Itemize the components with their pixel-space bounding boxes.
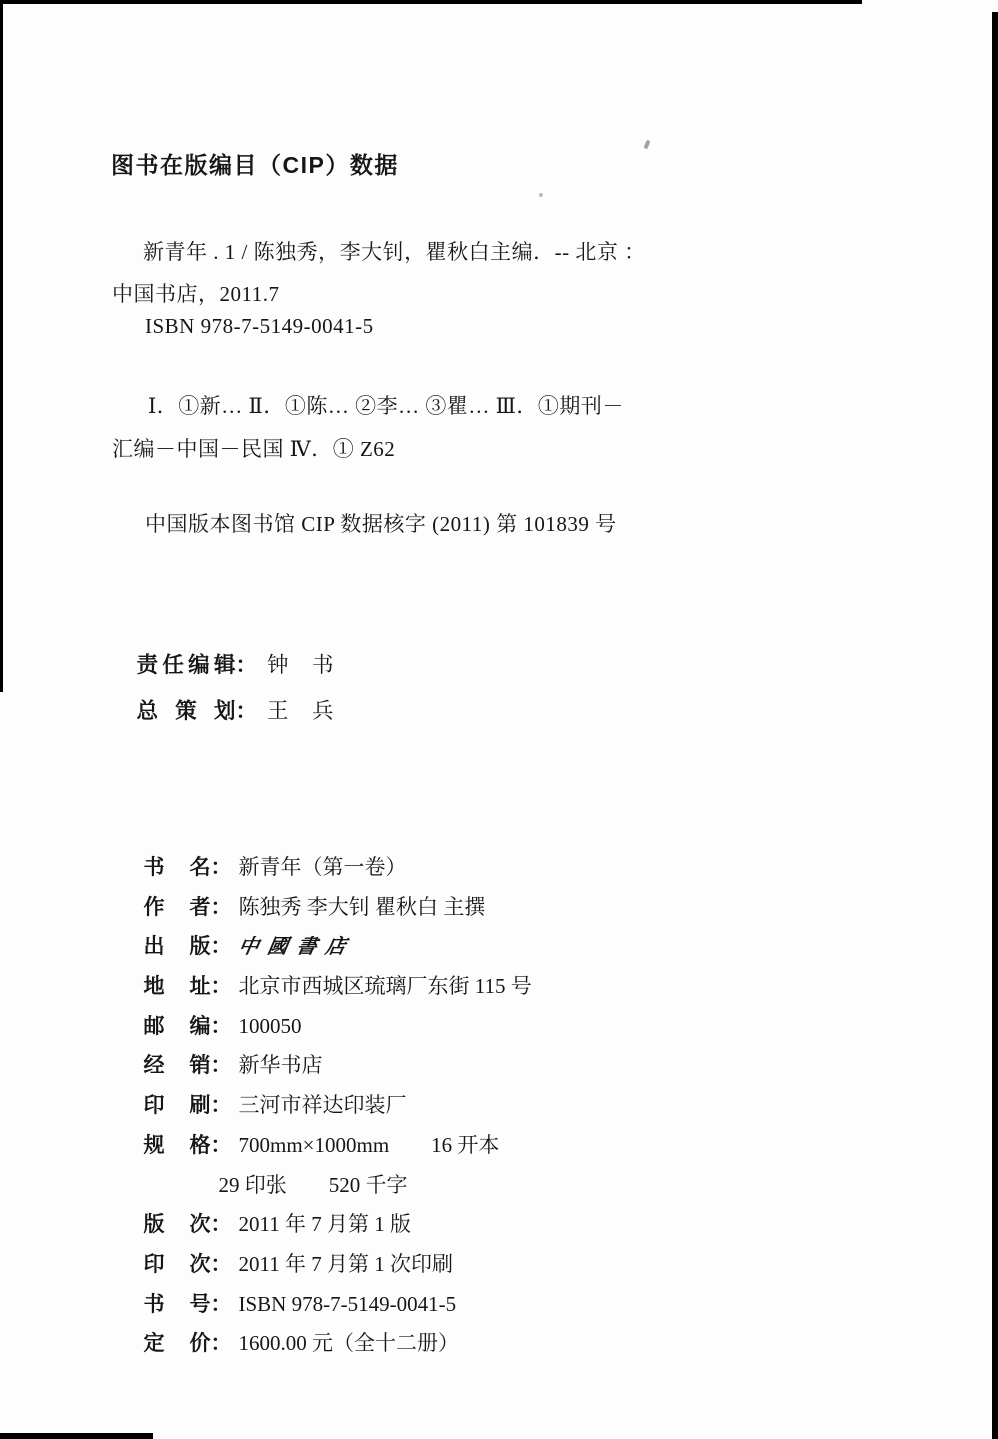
scan-edge-bottom (0, 1433, 153, 1439)
colon: ： (211, 1054, 232, 1077)
cip-record-line2: 中国书店，2011.7 (112, 278, 279, 308)
cip-record-line1: 新青年 . 1 / 陈独秀，李大钊，瞿秋白主编．-- 北京 ： (112, 236, 646, 266)
colophon-value: 新华书店 (239, 1053, 323, 1077)
colon: ： (211, 1213, 232, 1236)
colophon-value: 三河市祥达印装厂 (239, 1093, 407, 1117)
colophon-value: 陈独秀 李大钊 瞿秋白 主撰 (239, 895, 486, 919)
colophon-row-title: 书名：新青年（第一卷） (112, 826, 532, 866)
colophon-label: 邮编 (144, 1010, 211, 1040)
colon: ： (211, 1015, 232, 1038)
cip-heading: 图书在版编目（CIP）数据 (111, 147, 399, 180)
colophon-label: 版次 (144, 1208, 211, 1238)
colophon-label: 地址 (144, 970, 211, 1000)
cip-isbn-line: ISBN 978-7-5149-0041-5 (145, 314, 374, 339)
staff-value: 王 兵 (267, 699, 335, 723)
colophon-value: 700mm×1000mm 16 开本 (239, 1133, 500, 1157)
scan-speck (539, 193, 543, 197)
cip-copyright-page: 图书在版编目（CIP）数据 新青年 . 1 / 陈独秀，李大钊，瞿秋白主编．--… (0, 0, 998, 1439)
classification-line2: 汇编－中国－民国 Ⅳ．① Z62 (112, 433, 395, 463)
colophon-label: 印刷 (144, 1089, 211, 1119)
staff-label: 总策划 (137, 694, 236, 725)
colophon-label: 印次 (144, 1248, 211, 1278)
cip-registry-line: 中国版本图书馆 CIP 数据核字 (2011) 第 101839 号 (145, 508, 617, 538)
colophon-label: 出版 (144, 930, 211, 960)
classification-line1: Ⅰ．①新… Ⅱ．①陈… ②李… ③瞿… Ⅲ．①期刊－ (148, 390, 624, 420)
colon: ： (211, 975, 232, 998)
scan-edge-right (992, 12, 998, 1439)
colon: ： (211, 1293, 232, 1316)
colophon-value: 2011 年 7 月第 1 次印刷 (239, 1252, 453, 1276)
colophon-list: 书名：新青年（第一卷） 作者：陈独秀 李大钊 瞿秋白 主撰 出版：中國書店 地址… (112, 826, 532, 1342)
colon: ： (211, 1134, 232, 1157)
colon: ： (211, 856, 232, 879)
colophon-value: 29 印张 520 千字 (219, 1173, 408, 1197)
colophon-label: 书名 (144, 851, 211, 881)
colon: ： (211, 896, 232, 919)
colon: ： (211, 1094, 232, 1117)
colophon-value: ISBN 978-7-5149-0041-5 (239, 1292, 457, 1316)
colophon-value: 1600.00 元（全十二册） (239, 1331, 460, 1355)
colophon-value: 2011 年 7 月第 1 版 (239, 1212, 411, 1236)
scan-edge-left (0, 0, 3, 692)
colon: ： (211, 935, 232, 958)
scan-edge-top (0, 0, 862, 4)
colophon-value: 100050 (239, 1014, 302, 1038)
colon: ： (211, 1253, 232, 1276)
staff-row-planner: 总策划：王 兵 (115, 669, 335, 750)
colophon-label: 作者 (144, 891, 211, 921)
publisher-logo: 中國書店 (236, 930, 357, 959)
colophon-value: 新青年（第一卷） (239, 855, 407, 879)
colophon-label: 定价 (144, 1327, 211, 1357)
colon: ： (236, 699, 258, 723)
colophon-label: 经销 (144, 1049, 211, 1079)
colophon-label: 书号 (144, 1288, 211, 1318)
scan-speck (643, 140, 650, 150)
colophon-label: 规格 (144, 1129, 211, 1159)
colophon-value: 北京市西城区琉璃厂东街 115 号 (239, 974, 532, 998)
colon: ： (211, 1332, 232, 1355)
